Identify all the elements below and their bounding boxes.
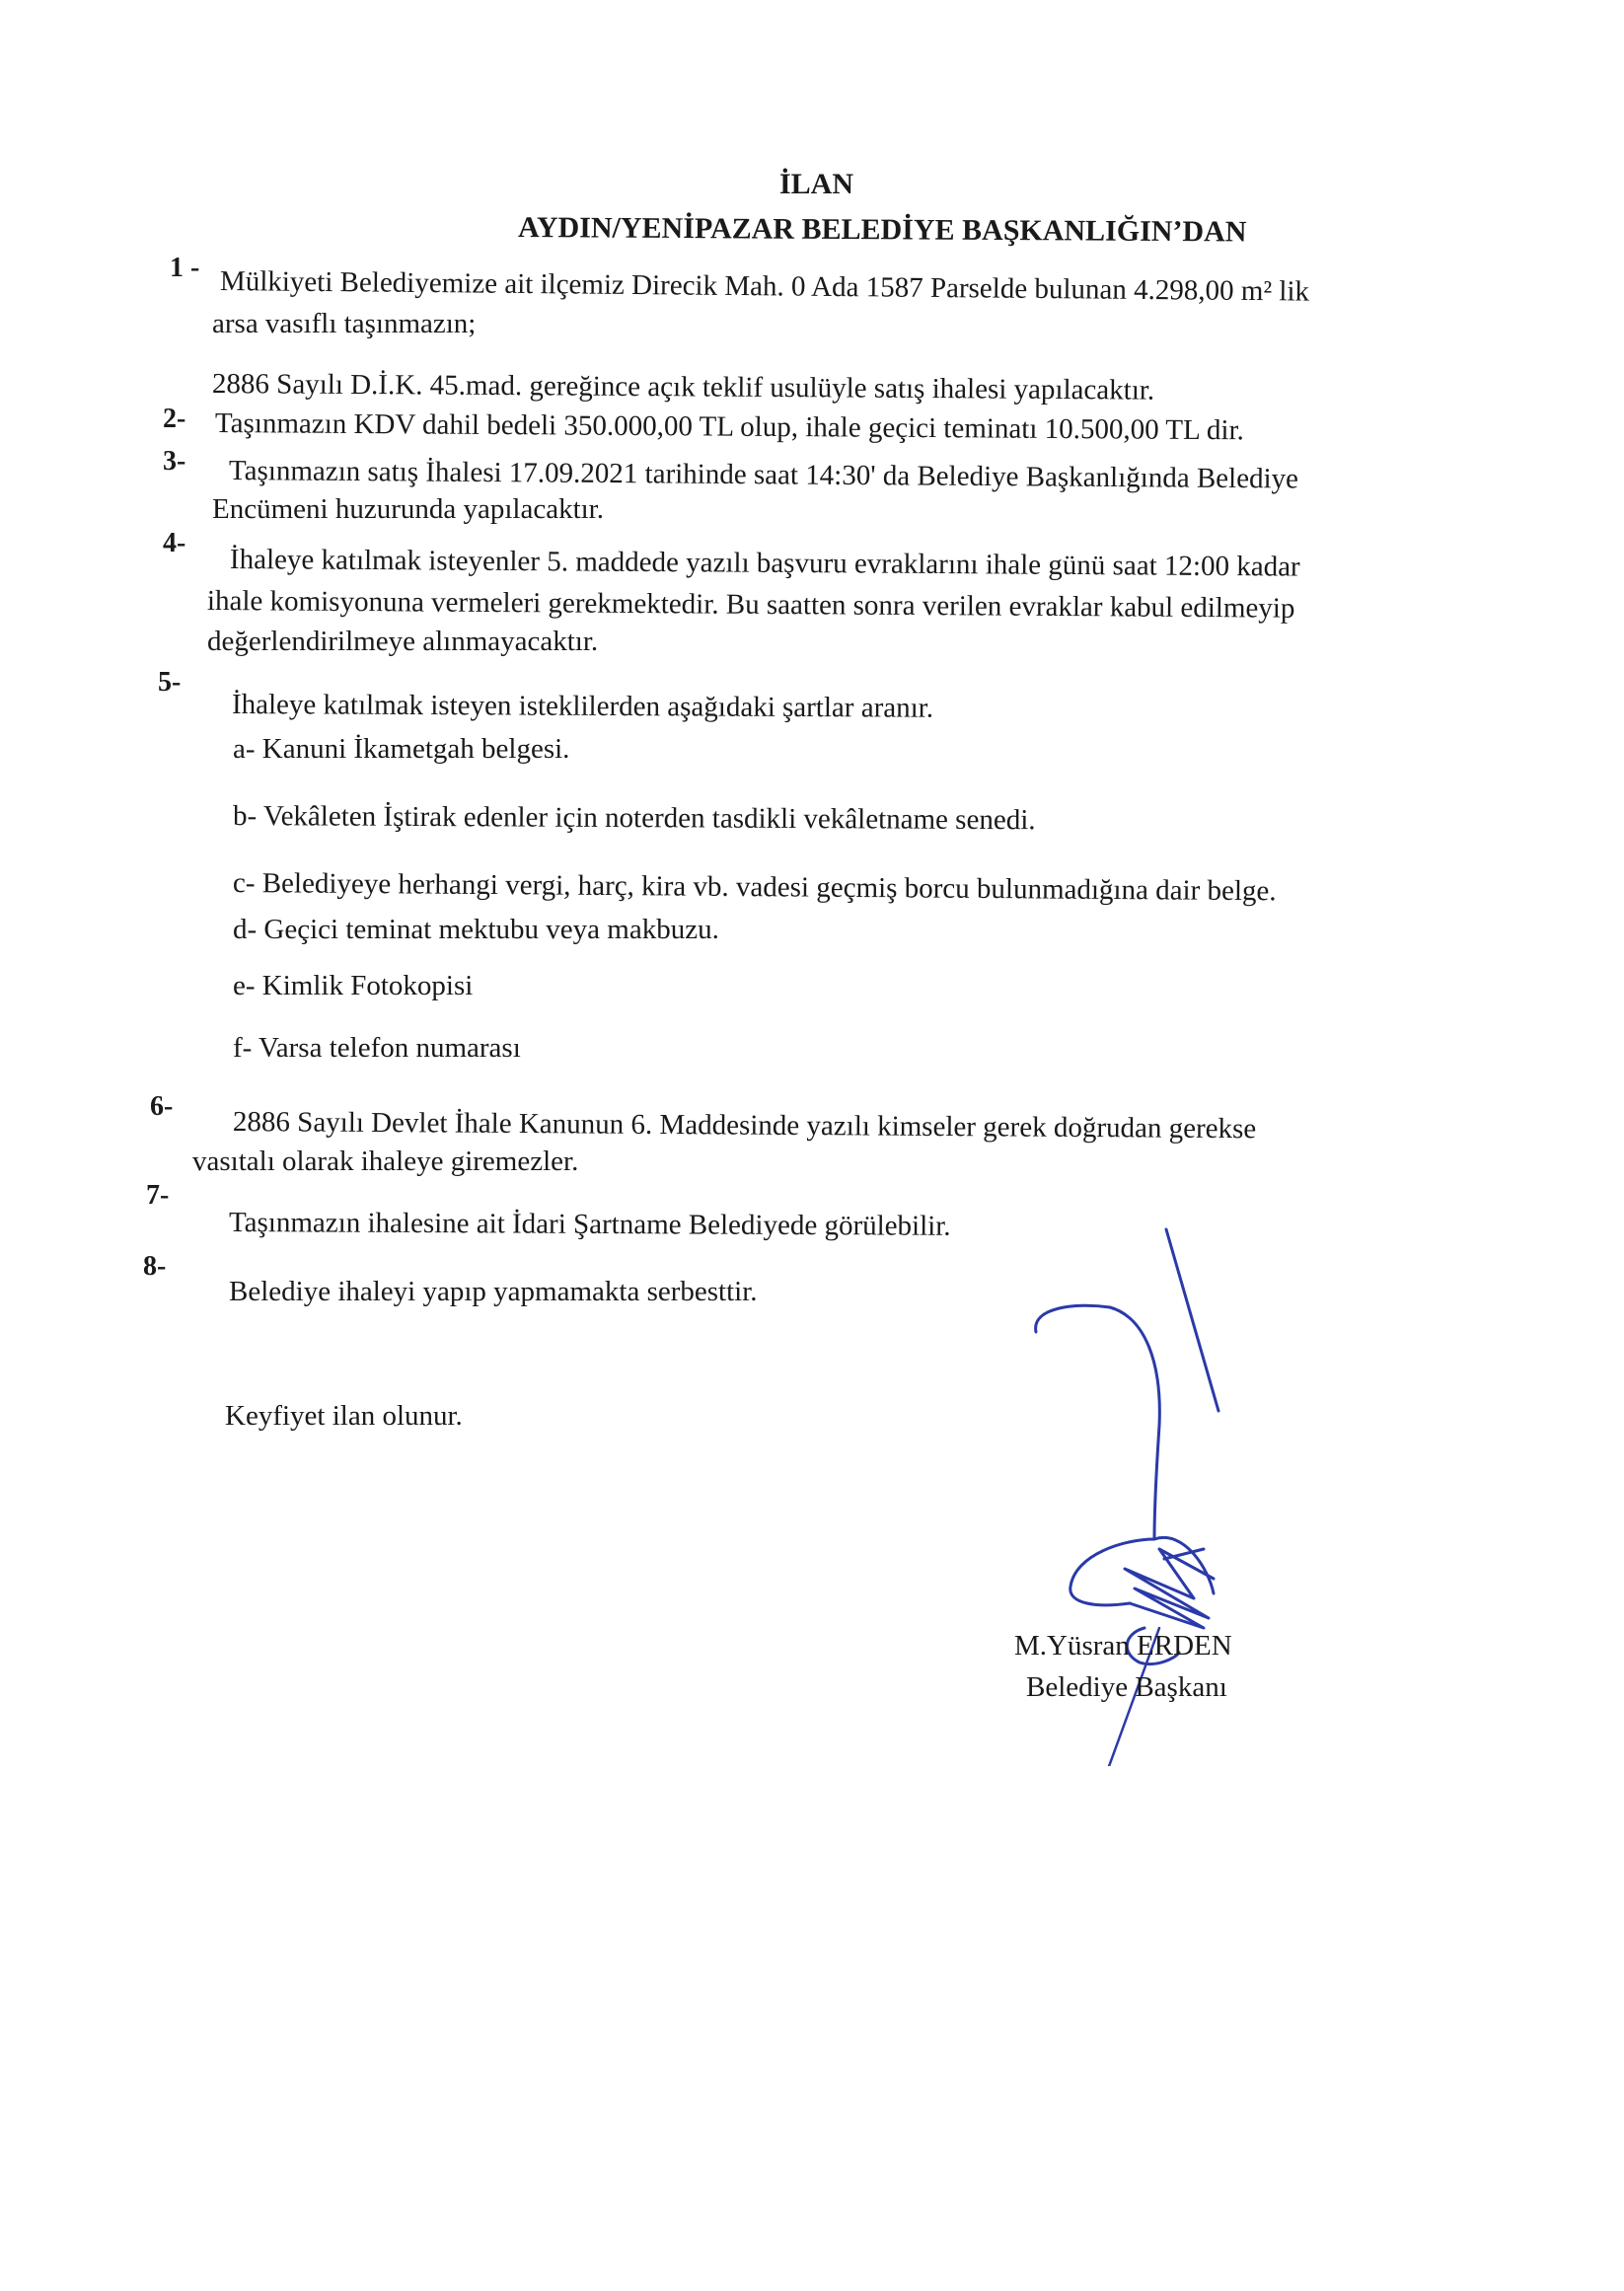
item-number: 6- [150,1091,173,1123]
notice-subheading: AYDIN/YENİPAZAR BELEDİYE BAŞKANLIĞIN’DAN [518,211,1247,250]
requirement-a: a- Kanuni İkametgah belgesi. [233,732,569,766]
item-4-line-2: ihale komisyonuna vermeleri gerekmektedi… [207,584,1295,626]
item-number: 2- [163,404,185,435]
signatory-title: Belediye Başkanı [1026,1669,1227,1705]
item-1-line-2: arsa vasıflı taşınmazın; [212,307,476,340]
item-number: 5- [158,667,181,699]
closing-statement: Keyfiyet ilan olunur. [225,1399,463,1433]
requirement-e: e- Kimlik Fotokopisi [233,969,473,1002]
requirement-d: d- Geçici teminat mektubu veya makbuzu. [233,913,719,946]
item-7-line-1: Taşınmazın ihalesine ait İdari Şartname … [229,1206,951,1243]
item-6-line-1: 2886 Sayılı Devlet İhale Kanunun 6. Madd… [233,1105,1256,1145]
item-6-line-2: vasıtalı olarak ihaleye giremezler. [192,1145,578,1178]
item-3-line-1: Taşınmazın satış İhalesi 17.09.2021 tari… [229,454,1298,496]
signatory-name: M.Yüsran ERDEN [1014,1628,1232,1663]
item-1-line-1: Mülkiyeti Belediyemize ait ilçemiz Direc… [220,264,1309,309]
requirement-b: b- Vekâleten İştirak edenler için noterd… [233,799,1036,837]
item-8-line-1: Belediye ihaleyi yapıp yapmamakta serbes… [229,1275,758,1308]
item-number: 1 - [170,253,199,284]
notice-heading: İLAN [779,168,853,201]
item-2-line-1: Taşınmazın KDV dahil bedeli 350.000,00 T… [215,406,1244,447]
item-number: 8- [143,1251,166,1283]
item-number: 7- [146,1180,169,1212]
requirement-c: c- Belediyeye herhangi vergi, harç, kira… [233,866,1277,908]
item-4-line-3: değerlendirilmeye alınmayacaktır. [207,625,598,658]
item-number: 4- [163,528,185,559]
requirement-f: f- Varsa telefon numarası [233,1031,521,1065]
item-4-line-1: İhaleye katılmak isteyenler 5. maddede y… [230,543,1300,584]
item-3-line-2: Encümeni huzurunda yapılacaktır. [212,492,604,526]
item-5-line-1: İhaleye katılmak isteyen isteklilerden a… [232,688,933,725]
item-number: 3- [163,446,185,478]
document-page: İLAN AYDIN/YENİPAZAR BELEDİYE BAŞKANLIĞI… [0,0,1624,2291]
item-1-line-3: 2886 Sayılı D.İ.K. 45.mad. gereğince açı… [212,367,1154,407]
